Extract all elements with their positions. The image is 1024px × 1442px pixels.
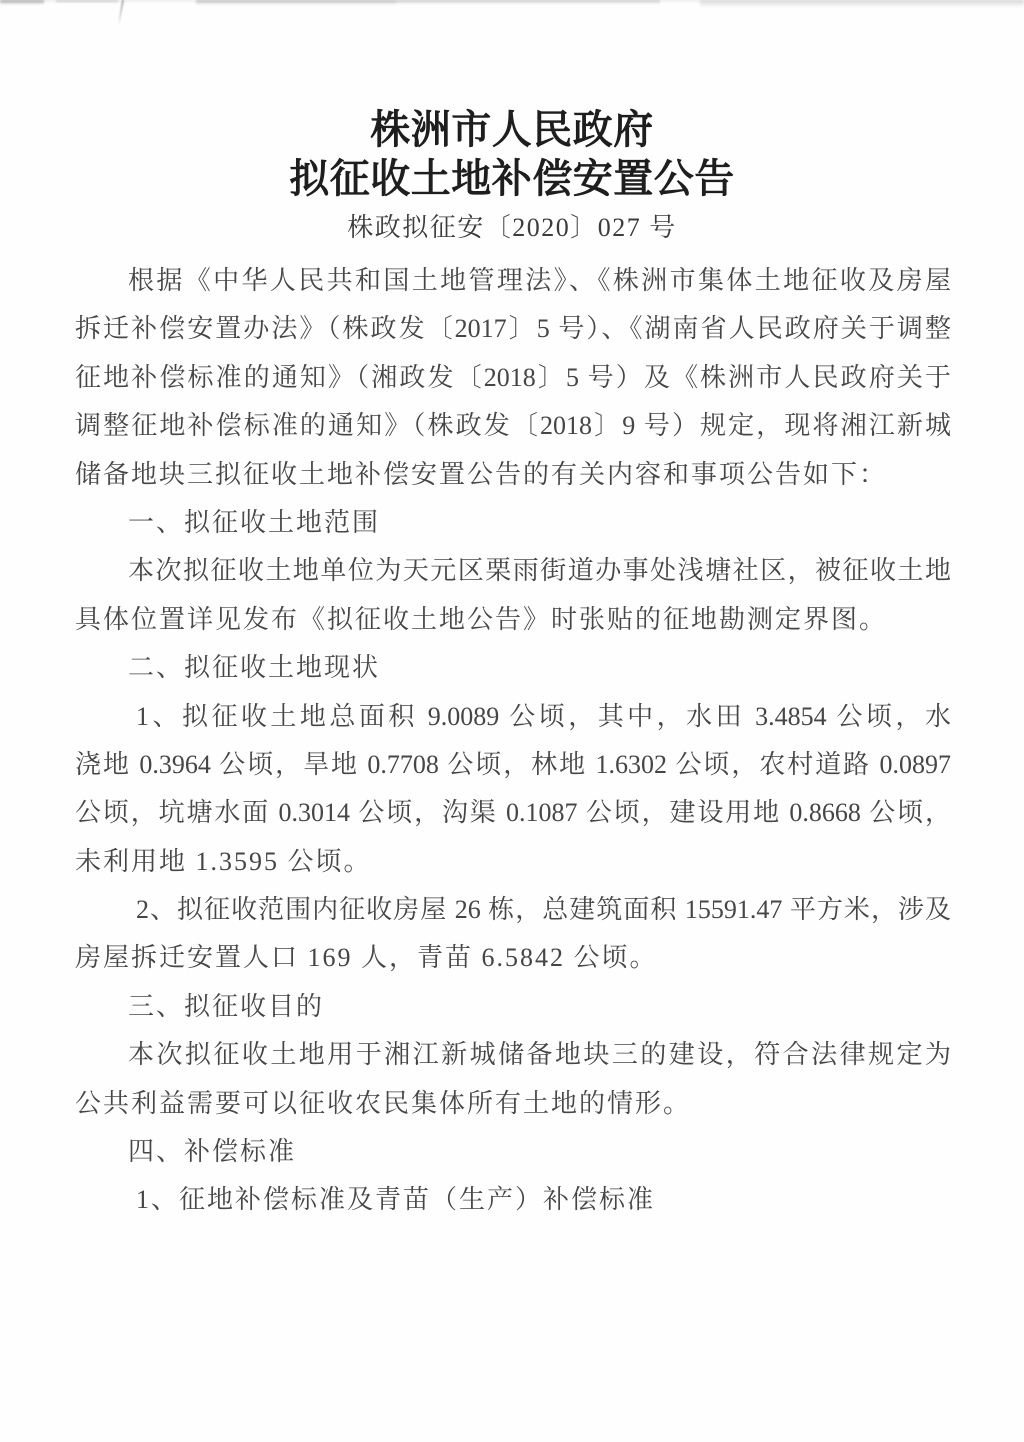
document-subtitle: 拟征收土地补偿安置公告 [0,156,1024,202]
body-line: 房屋拆迁安置人口 169 人，青苗 6.5842 公顷。 [75,934,951,982]
body-line: 具体位置详见发布《拟征收土地公告》时张贴的征地勘测定界图。 [75,596,951,644]
body-line: 浇地 0.3964 公顷，旱地 0.7708 公顷，林地 1.6302 公顷，农… [75,741,951,789]
document-body: 根据《中华人民共和国土地管理法》、《株洲市集体土地征收及房屋 拆迁补偿安置办法》… [75,257,951,1225]
body-line: 未利用地 1.3595 公顷。 [75,838,951,886]
body-line: 储备地块三拟征收土地补偿安置公告的有关内容和事项公告如下： [75,451,951,499]
section-heading-1: 一、拟征收土地范围 [75,499,951,547]
body-line: 公顷，坑塘水面 0.3014 公顷，沟渠 0.1087 公顷，建设用地 0.86… [75,789,951,837]
document-title: 株洲市人民政府 [0,107,1024,153]
body-line: 公共利益需要可以征收农民集体所有土地的情形。 [75,1080,951,1128]
body-line: 根据《中华人民共和国土地管理法》、《株洲市集体土地征收及房屋 [75,257,951,305]
body-line: 拆迁补偿安置办法》（株政发〔2017〕5 号）、《湖南省人民政府关于调整 [75,305,951,353]
body-line: 1、拟征收土地总面积 9.0089 公顷，其中，水田 3.4854 公顷，水 [75,693,951,741]
section-heading-4: 四、补偿标准 [75,1128,951,1176]
body-line: 本次拟征收土地用于湘江新城储备地块三的建设，符合法律规定为 [75,1031,951,1079]
scan-artifact-top-edge [0,0,1024,16]
body-line: 调整征地补偿标准的通知》（株政发〔2018〕9 号）规定，现将湘江新城 [75,402,951,450]
body-line: 2、拟征收范围内征收房屋 26 栋，总建筑面积 15591.47 平方米，涉及 [75,886,951,934]
body-line: 征地补偿标准的通知》（湘政发〔2018〕5 号）及《株洲市人民政府关于 [75,354,951,402]
body-line: 1、征地补偿标准及青苗（生产）补偿标准 [75,1176,951,1224]
section-heading-3: 三、拟征收目的 [75,983,951,1031]
section-heading-2: 二、拟征收土地现状 [75,644,951,692]
document-number: 株政拟征安〔2020〕027 号 [0,212,1024,244]
body-line: 本次拟征收土地单位为天元区栗雨街道办事处浅塘社区，被征收土地 [75,547,951,595]
announcement-document: 株洲市人民政府 拟征收土地补偿安置公告 株政拟征安〔2020〕027 号 根据《… [0,0,1024,1442]
